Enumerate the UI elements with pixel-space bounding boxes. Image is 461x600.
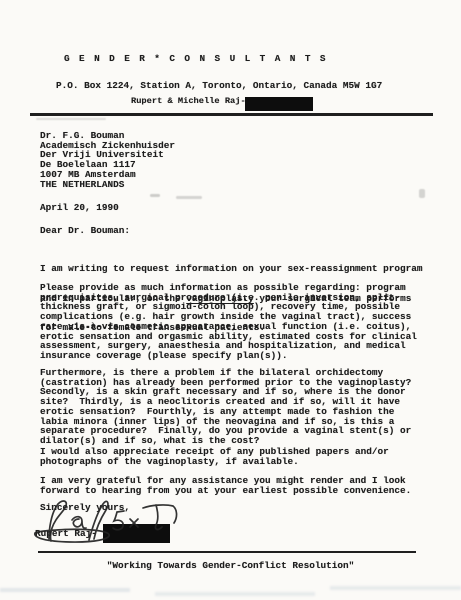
photocopy-smudge bbox=[36, 118, 106, 120]
photocopy-smudge bbox=[176, 196, 202, 199]
paragraph-5: I am very grateful for any assistance yo… bbox=[40, 476, 440, 495]
photocopy-smudge bbox=[150, 194, 160, 197]
footer-motto: "Working Towards Gender-Conflict Resolut… bbox=[0, 561, 461, 571]
scan-artifact bbox=[330, 586, 461, 590]
footer-divider bbox=[38, 551, 416, 553]
paragraph-4: I would also appreciate receipt of any p… bbox=[40, 447, 440, 466]
signature-scrawl bbox=[25, 495, 225, 550]
redaction-box-header bbox=[245, 97, 313, 111]
paragraph-3: Furthermore, is there a problem if the b… bbox=[40, 368, 440, 446]
scan-artifact bbox=[0, 588, 130, 592]
letter-page: G E N D E R * C O N S U L T A N T S P.O.… bbox=[0, 0, 461, 600]
header-divider bbox=[30, 113, 433, 116]
letterhead-address-line: P.O. Box 1224, Station A, Toronto, Ontar… bbox=[56, 81, 382, 91]
letterhead-org-name: G E N D E R * C O N S U L T A N T S bbox=[64, 54, 327, 64]
salutation: Dear Dr. Bouman: bbox=[40, 226, 130, 236]
recipient-address-block: Dr. F.G. Bouman Academisch Zickenhuisder… bbox=[40, 131, 175, 189]
photocopy-smudge bbox=[419, 189, 425, 198]
letterhead-contact-names: Rupert & Michelle Raj- bbox=[131, 97, 246, 107]
scan-artifact bbox=[155, 592, 315, 596]
letter-date: April 20, 1990 bbox=[40, 203, 119, 213]
paragraph-1-line-1: I am writing to request information on y… bbox=[40, 264, 440, 274]
paragraph-2: Please provide as much information as po… bbox=[40, 283, 440, 361]
